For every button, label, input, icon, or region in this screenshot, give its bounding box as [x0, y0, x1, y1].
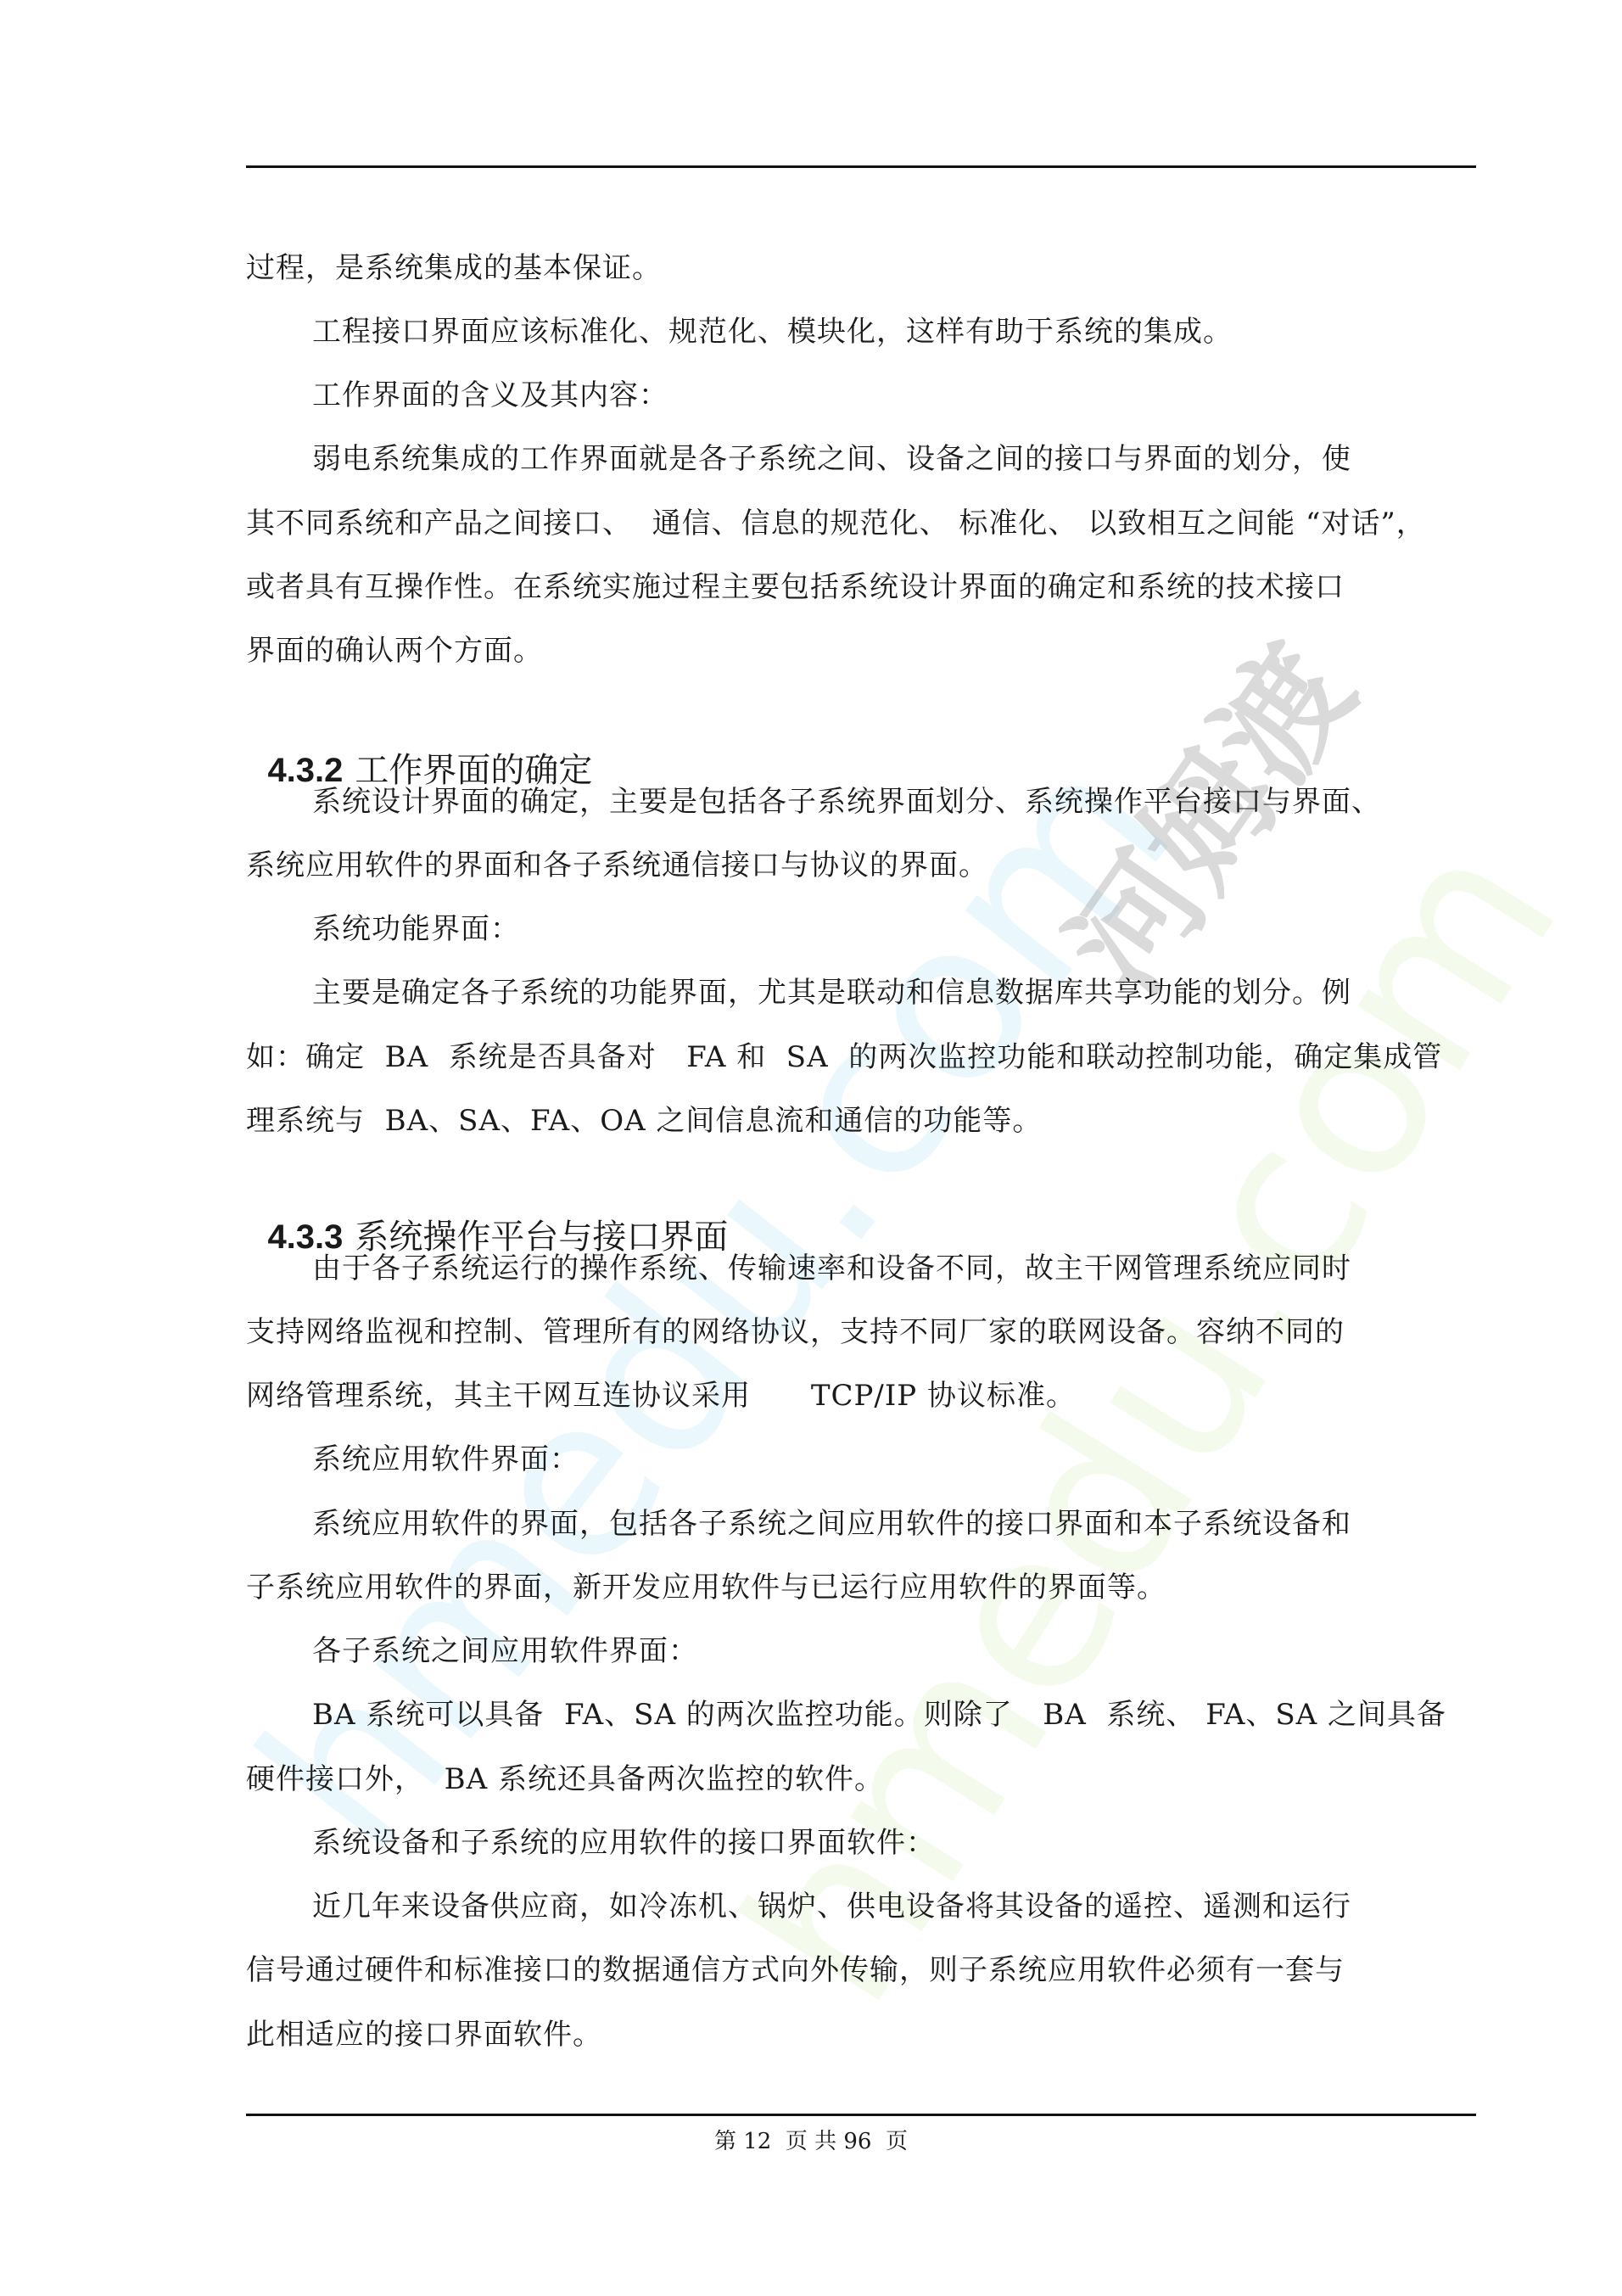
body-line: BA 系统可以具备 FA、SA 的两次监控功能。则除了 BA 系统、 FA、SA…: [312, 1698, 1446, 1732]
body-line: 系统功能界面：: [312, 912, 520, 946]
body-line: 工作界面的含义及其内容：: [312, 378, 668, 412]
body-line: 支持网络监视和控制、管理所有的网络协议，支持不同厂家的联网设备。容纳不同的: [246, 1315, 1345, 1349]
section-heading-4-3-2: 4.3.2工作界面的确定: [246, 709, 592, 791]
section-number: 4.3.2: [267, 752, 343, 789]
body-line: 硬件接口外， BA 系统还具备两次监控的软件。: [246, 1762, 884, 1796]
body-line: 此相适应的接口界面软件。: [246, 2018, 602, 2052]
body-line: 近几年来设备供应商，如冷冻机、锅炉、供电设备将其设备的遥控、遥测和运行: [312, 1890, 1351, 1924]
body-line: 系统应用软件界面：: [312, 1442, 579, 1476]
body-line: 系统设备和子系统的应用软件的接口界面软件：: [312, 1826, 936, 1860]
body-line: 界面的确认两个方面。: [246, 634, 543, 668]
header-rule: [246, 165, 1476, 168]
body-line: 过程，是系统集成的基本保证。: [246, 251, 662, 285]
body-line: 工程接口界面应该标准化、规范化、模块化，这样有助于系统的集成。: [312, 315, 1233, 349]
body-line: 主要是确定各子系统的功能界面，尤其是联动和信息数据库共享功能的划分。例: [312, 976, 1351, 1010]
section-number: 4.3.3: [267, 1218, 343, 1256]
page-number: 第 12 页 共 96 页: [0, 2128, 1622, 2155]
body-line: 各子系统之间应用软件界面：: [312, 1634, 698, 1668]
body-line: 系统应用软件的界面和各子系统通信接口与协议的界面。: [246, 848, 988, 882]
body-line: 如：确定 BA 系统是否具备对 FA 和 SA 的两次监控功能和联动控制功能，确…: [246, 1040, 1442, 1074]
body-line: 理系统与 BA、SA、FA、OA 之间信息流和通信的功能等。: [246, 1104, 1042, 1138]
section-heading-4-3-3: 4.3.3系统操作平台与接口界面: [246, 1176, 728, 1257]
body-line: 由于各子系统运行的操作系统、传输速率和设备不同，故主干网管理系统应同时: [312, 1252, 1351, 1285]
body-line: 弱电系统集成的工作界面就是各子系统之间、设备之间的接口与界面的划分，使: [312, 442, 1351, 476]
body-line: 网络管理系统，其主干网互连协议采用 TCP/IP 协议标准。: [246, 1379, 1076, 1413]
body-line: 信号通过硬件和标准接口的数据通信方式向外传输，则子系统应用软件必须有一套与: [246, 1953, 1345, 1987]
body-line: 子系统应用软件的界面，新开发应用软件与已运行应用软件的界面等。: [246, 1571, 1166, 1604]
body-line: 系统设计界面的确定，主要是包括各子系统界面划分、系统操作平台接口与界面、: [312, 785, 1381, 819]
body-line: 或者具有互操作性。在系统实施过程主要包括系统设计界面的确定和系统的技术接口: [246, 570, 1345, 604]
body-line: 系统应用软件的界面，包括各子系统之间应用软件的接口界面和本子系统设备和: [312, 1507, 1351, 1541]
body-line: 其不同系统和产品之间接口、 通信、信息的规范化、 标准化、 以致相互之间能 “对…: [246, 507, 1426, 540]
footer-rule: [246, 2114, 1476, 2116]
